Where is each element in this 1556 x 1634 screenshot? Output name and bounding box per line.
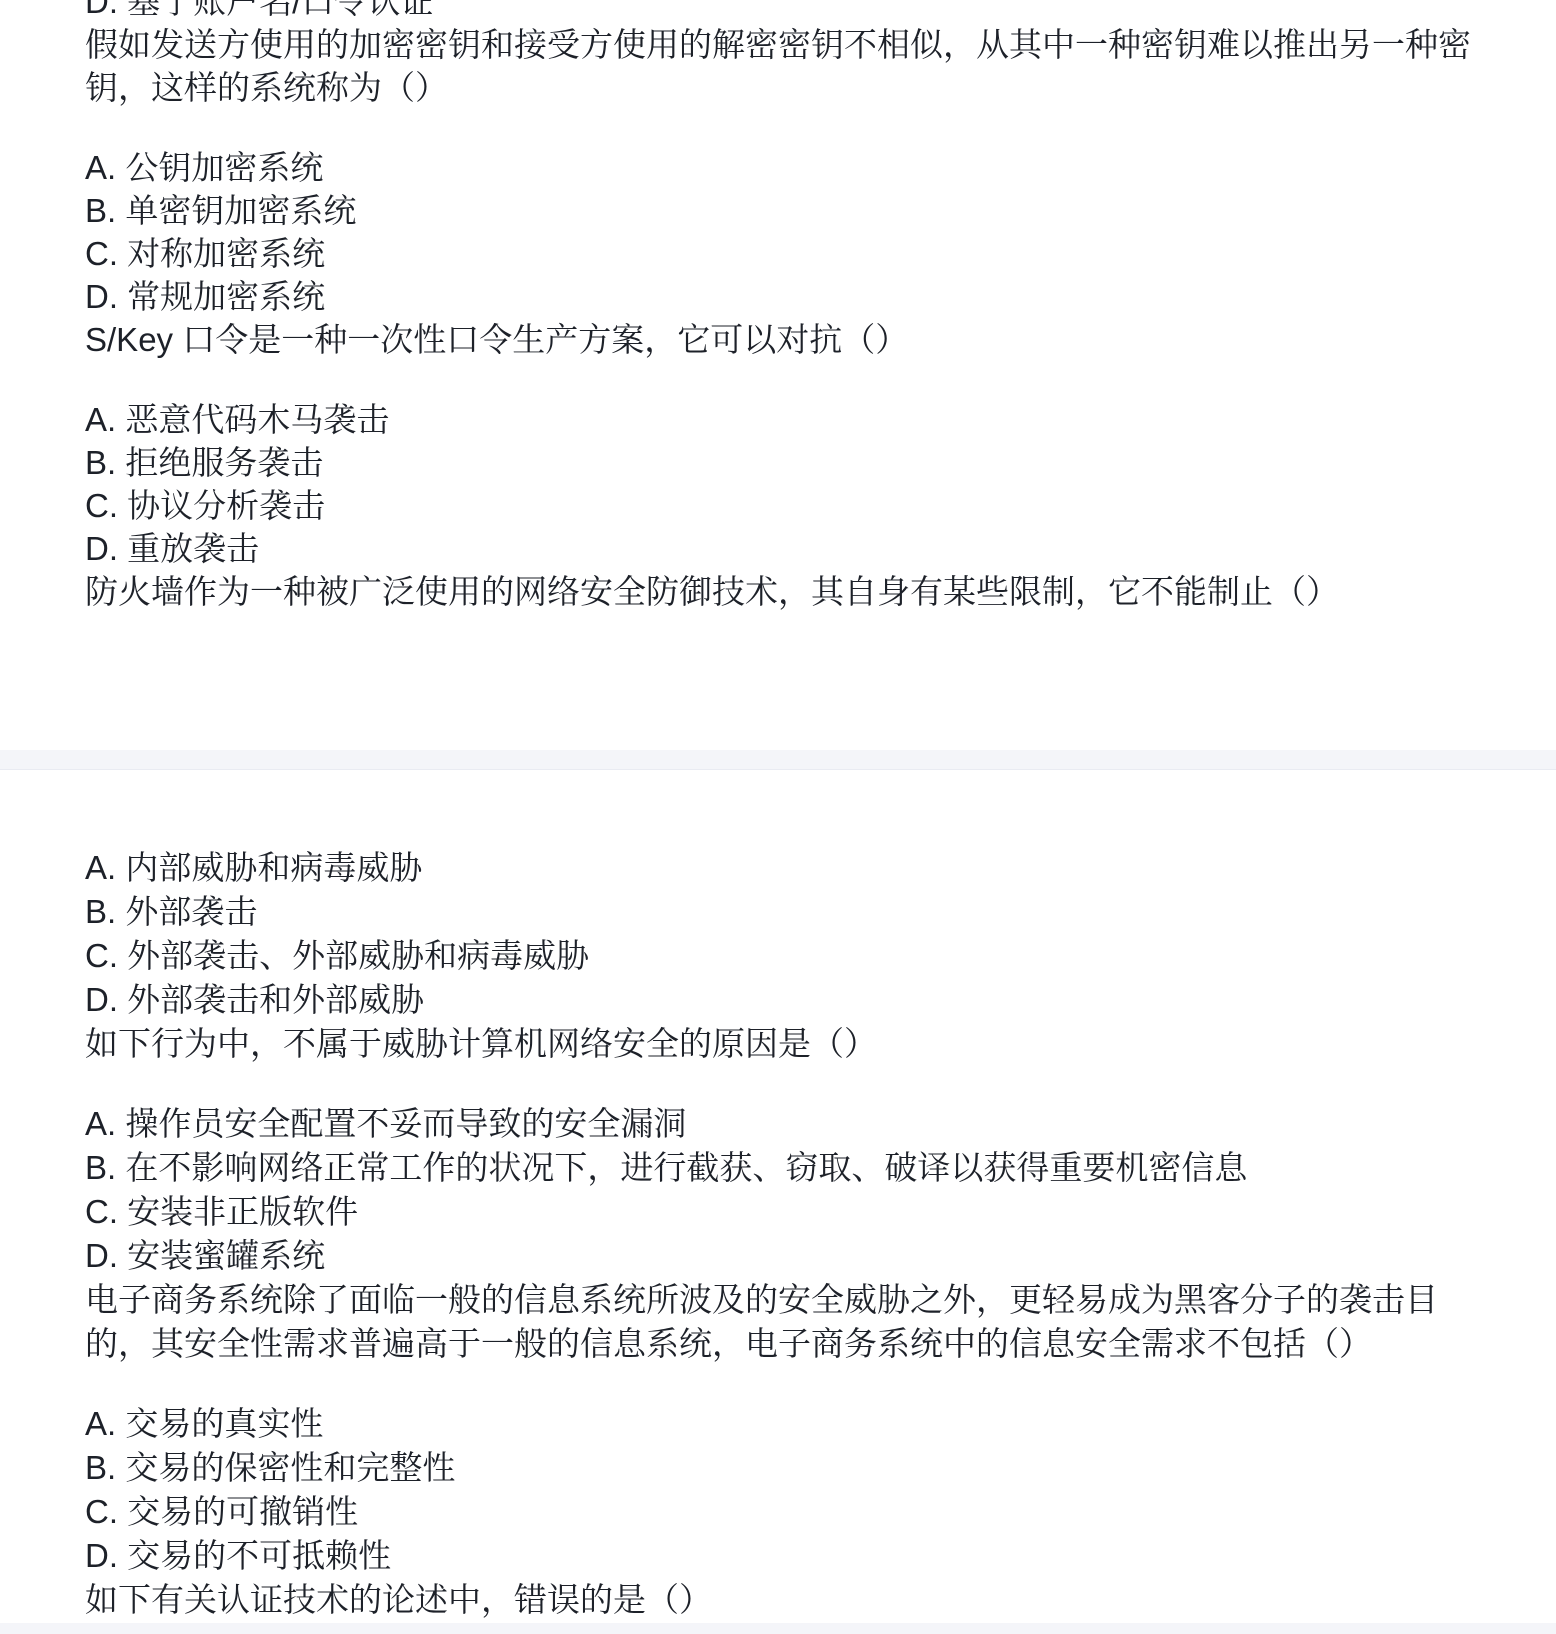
document-viewer: { "colors": { "page_background": "#fffff… — [0, 0, 1556, 1634]
option-line: D. 外部袭击和外部威胁 — [85, 978, 1485, 1022]
option-line: A. 操作员安全配置不妥而导致的安全漏洞 — [85, 1102, 1485, 1146]
blank-line — [85, 1366, 1485, 1402]
question-stem: 假如发送方使用的加密密钥和接受方使用的解密密钥不相似，从其中一种密钥难以推出另一… — [85, 23, 1485, 109]
question-stem: 防火墙作为一种被广泛使用的网络安全防御技术，其自身有某些限制，它不能制止（） — [85, 570, 1485, 613]
page-1-content: D. 基于账户名/口令认证 假如发送方使用的加密密钥和接受方使用的解密密钥不相似… — [85, 0, 1485, 613]
question-stem: S/Key 口令是一种一次性口令生产方案，它可以对抗（） — [85, 318, 1485, 361]
option-line: C. 外部袭击、外部威胁和病毒威胁 — [85, 934, 1485, 978]
page-separator — [0, 750, 1556, 770]
blank-line — [85, 361, 1485, 398]
blank-line — [85, 109, 1485, 146]
option-line: A. 恶意代码木马袭击 — [85, 398, 1485, 441]
clipped-option-line: D. 基于账户名/口令认证 — [85, 0, 1485, 23]
option-line: C. 对称加密系统 — [85, 232, 1485, 275]
blank-line — [85, 1066, 1485, 1102]
option-line: D. 交易的不可抵赖性 — [85, 1534, 1485, 1578]
question-stem: 如下行为中，不属于威胁计算机网络安全的原因是（） — [85, 1022, 1485, 1066]
option-line: A. 内部威胁和病毒威胁 — [85, 846, 1485, 890]
page-separator-bottom — [0, 1623, 1556, 1634]
option-line: C. 交易的可撤销性 — [85, 1490, 1485, 1534]
option-line: B. 在不影响网络正常工作的状况下，进行截获、窃取、破译以获得重要机密信息 — [85, 1146, 1485, 1190]
option-line: C. 安装非正版软件 — [85, 1190, 1485, 1234]
option-line: B. 交易的保密性和完整性 — [85, 1446, 1485, 1490]
option-line: B. 单密钥加密系统 — [85, 189, 1485, 232]
option-line: B. 拒绝服务袭击 — [85, 441, 1485, 484]
option-line: A. 公钥加密系统 — [85, 146, 1485, 189]
option-line: D. 重放袭击 — [85, 527, 1485, 570]
option-line: D. 常规加密系统 — [85, 275, 1485, 318]
question-stem: 电子商务系统除了面临一般的信息系统所波及的安全威胁之外，更轻易成为黑客分子的袭击… — [85, 1278, 1485, 1366]
option-line: A. 交易的真实性 — [85, 1402, 1485, 1446]
page-2-content: A. 内部威胁和病毒威胁 B. 外部袭击 C. 外部袭击、外部威胁和病毒威胁 D… — [85, 846, 1485, 1622]
option-line: D. 安装蜜罐系统 — [85, 1234, 1485, 1278]
option-line: B. 外部袭击 — [85, 890, 1485, 934]
question-stem: 如下有关认证技术的论述中，错误的是（） — [85, 1578, 1485, 1622]
option-line: C. 协议分析袭击 — [85, 484, 1485, 527]
